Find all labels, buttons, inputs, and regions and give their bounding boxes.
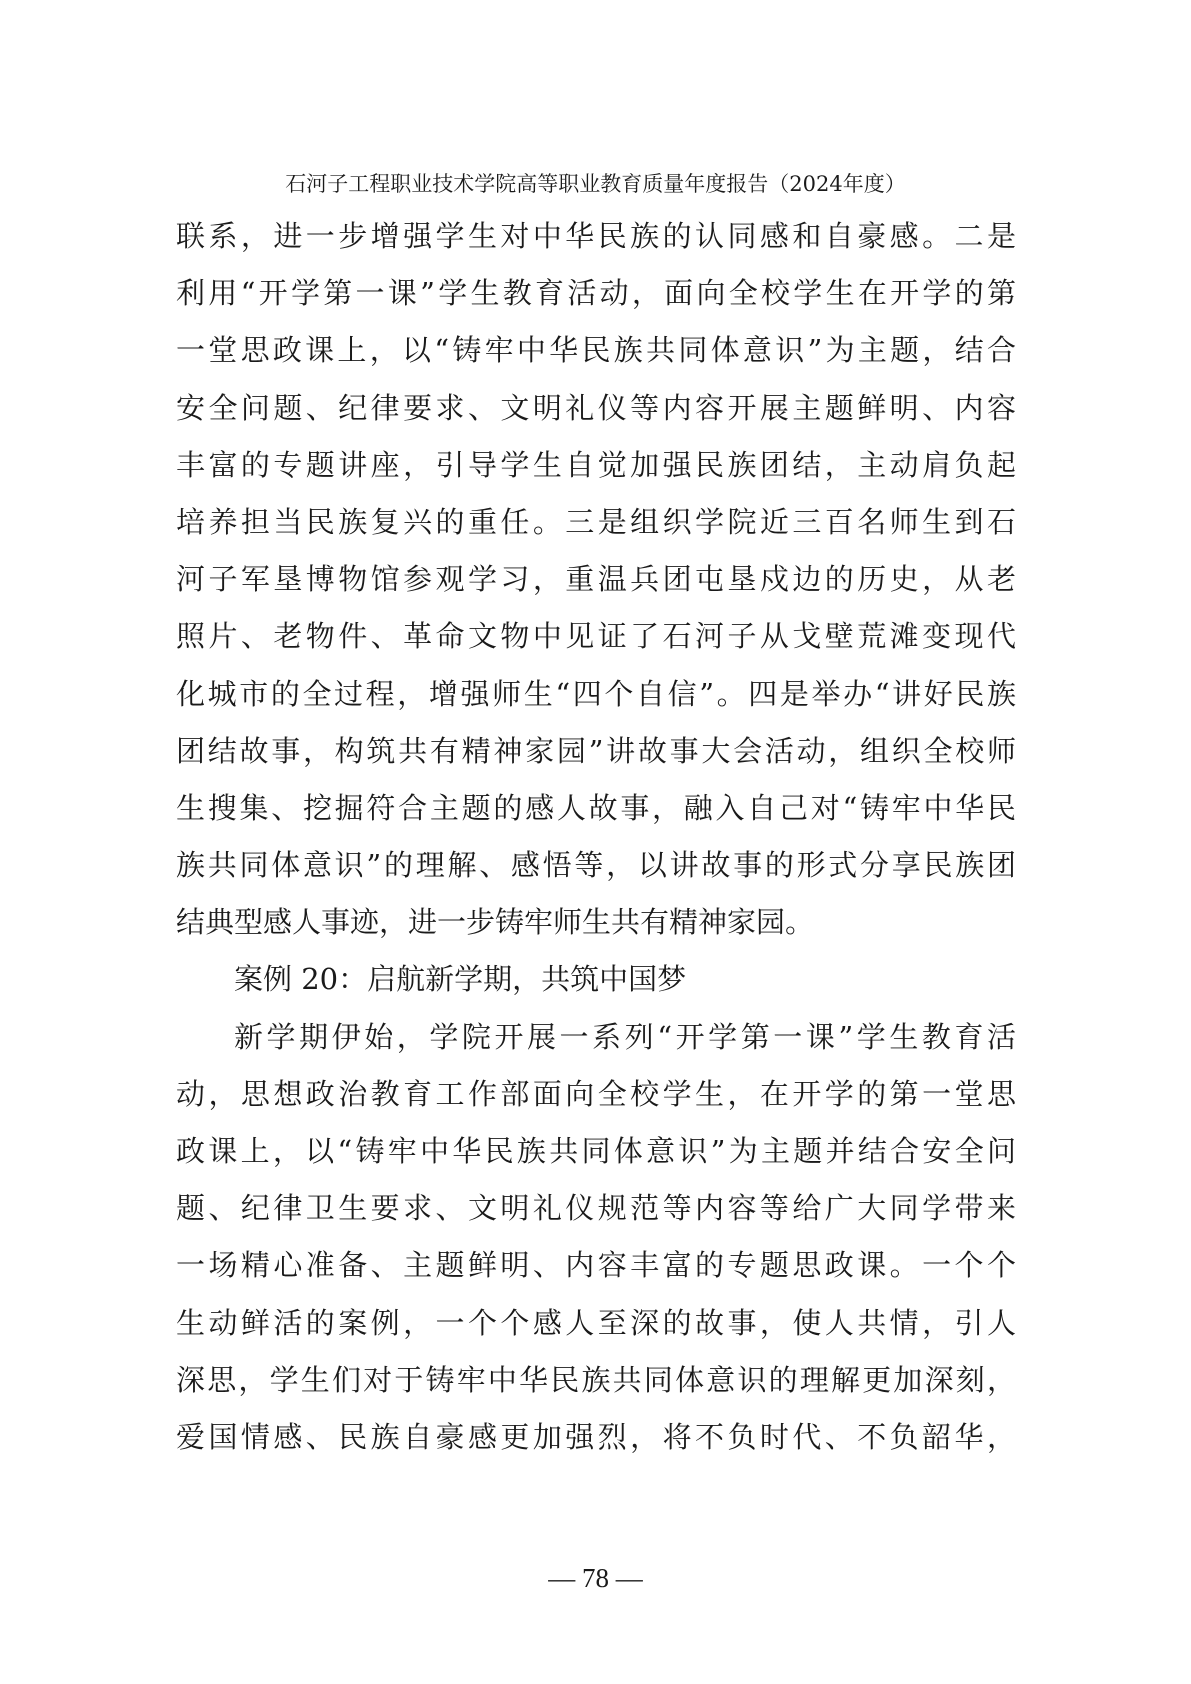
page-body: 联系，进一步增强学生对中华民族的认同感和自豪感。二是 利用“开学第一课”学生教育… xyxy=(176,208,1016,1466)
text-line: 动，思想政治教育工作部面向全校学生，在开学的第一堂思 xyxy=(176,1066,1016,1123)
text-line: 爱国情感、民族自豪感更加强烈，将不负时代、不负韶华， xyxy=(176,1409,1016,1466)
text-line: 结典型感人事迹，进一步铸牢师生共有精神家园。 xyxy=(176,894,1016,951)
text-line: 化城市的全过程，增强师生“四个自信”。四是举办“讲好民族 xyxy=(176,666,1016,723)
text-line: 深思，学生们对于铸牢中华民族共同体意识的理解更加深刻， xyxy=(176,1352,1016,1409)
text-line: 培养担当民族复兴的重任。三是组织学院近三百名师生到石 xyxy=(176,494,1016,551)
text-line: 题、纪律卫生要求、文明礼仪规范等内容等给广大同学带来 xyxy=(176,1180,1016,1237)
text-line: 族共同体意识”的理解、感悟等，以讲故事的形式分享民族团 xyxy=(176,837,1016,894)
running-header: 石河子工程职业技术学院高等职业教育质量年度报告（2024年度） xyxy=(0,168,1191,198)
text-line: 安全问题、纪律要求、文明礼仪等内容开展主题鲜明、内容 xyxy=(176,380,1016,437)
text-line: 一场精心准备、主题鲜明、内容丰富的专题思政课。一个个 xyxy=(176,1237,1016,1294)
text-line: 河子军垦博物馆参观学习，重温兵团屯垦戍边的历史，从老 xyxy=(176,551,1016,608)
text-line: 照片、老物件、革命文物中见证了石河子从戈壁荒滩变现代 xyxy=(176,608,1016,665)
paragraph-1: 联系，进一步增强学生对中华民族的认同感和自豪感。二是 利用“开学第一课”学生教育… xyxy=(176,208,1016,951)
page-number: — 78 — xyxy=(0,1563,1191,1594)
text-line: 新学期伊始，学院开展一系列“开学第一课”学生教育活 xyxy=(176,1009,1016,1066)
case-heading: 案例 20：启航新学期，共筑中国梦 xyxy=(176,951,1016,1008)
text-line: 团结故事，构筑共有精神家园”讲故事大会活动，组织全校师 xyxy=(176,723,1016,780)
text-line: 生搜集、挖掘符合主题的感人故事，融入自己对“铸牢中华民 xyxy=(176,780,1016,837)
text-line: 联系，进一步增强学生对中华民族的认同感和自豪感。二是 xyxy=(176,208,1016,265)
text-line: 生动鲜活的案例，一个个感人至深的故事，使人共情，引人 xyxy=(176,1295,1016,1352)
text-line: 政课上，以“铸牢中华民族共同体意识”为主题并结合安全问 xyxy=(176,1123,1016,1180)
paragraph-2: 新学期伊始，学院开展一系列“开学第一课”学生教育活 动，思想政治教育工作部面向全… xyxy=(176,1009,1016,1467)
text-line: 丰富的专题讲座，引导学生自觉加强民族团结，主动肩负起 xyxy=(176,437,1016,494)
text-line: 一堂思政课上，以“铸牢中华民族共同体意识”为主题，结合 xyxy=(176,322,1016,379)
text-line: 利用“开学第一课”学生教育活动，面向全校学生在开学的第 xyxy=(176,265,1016,322)
